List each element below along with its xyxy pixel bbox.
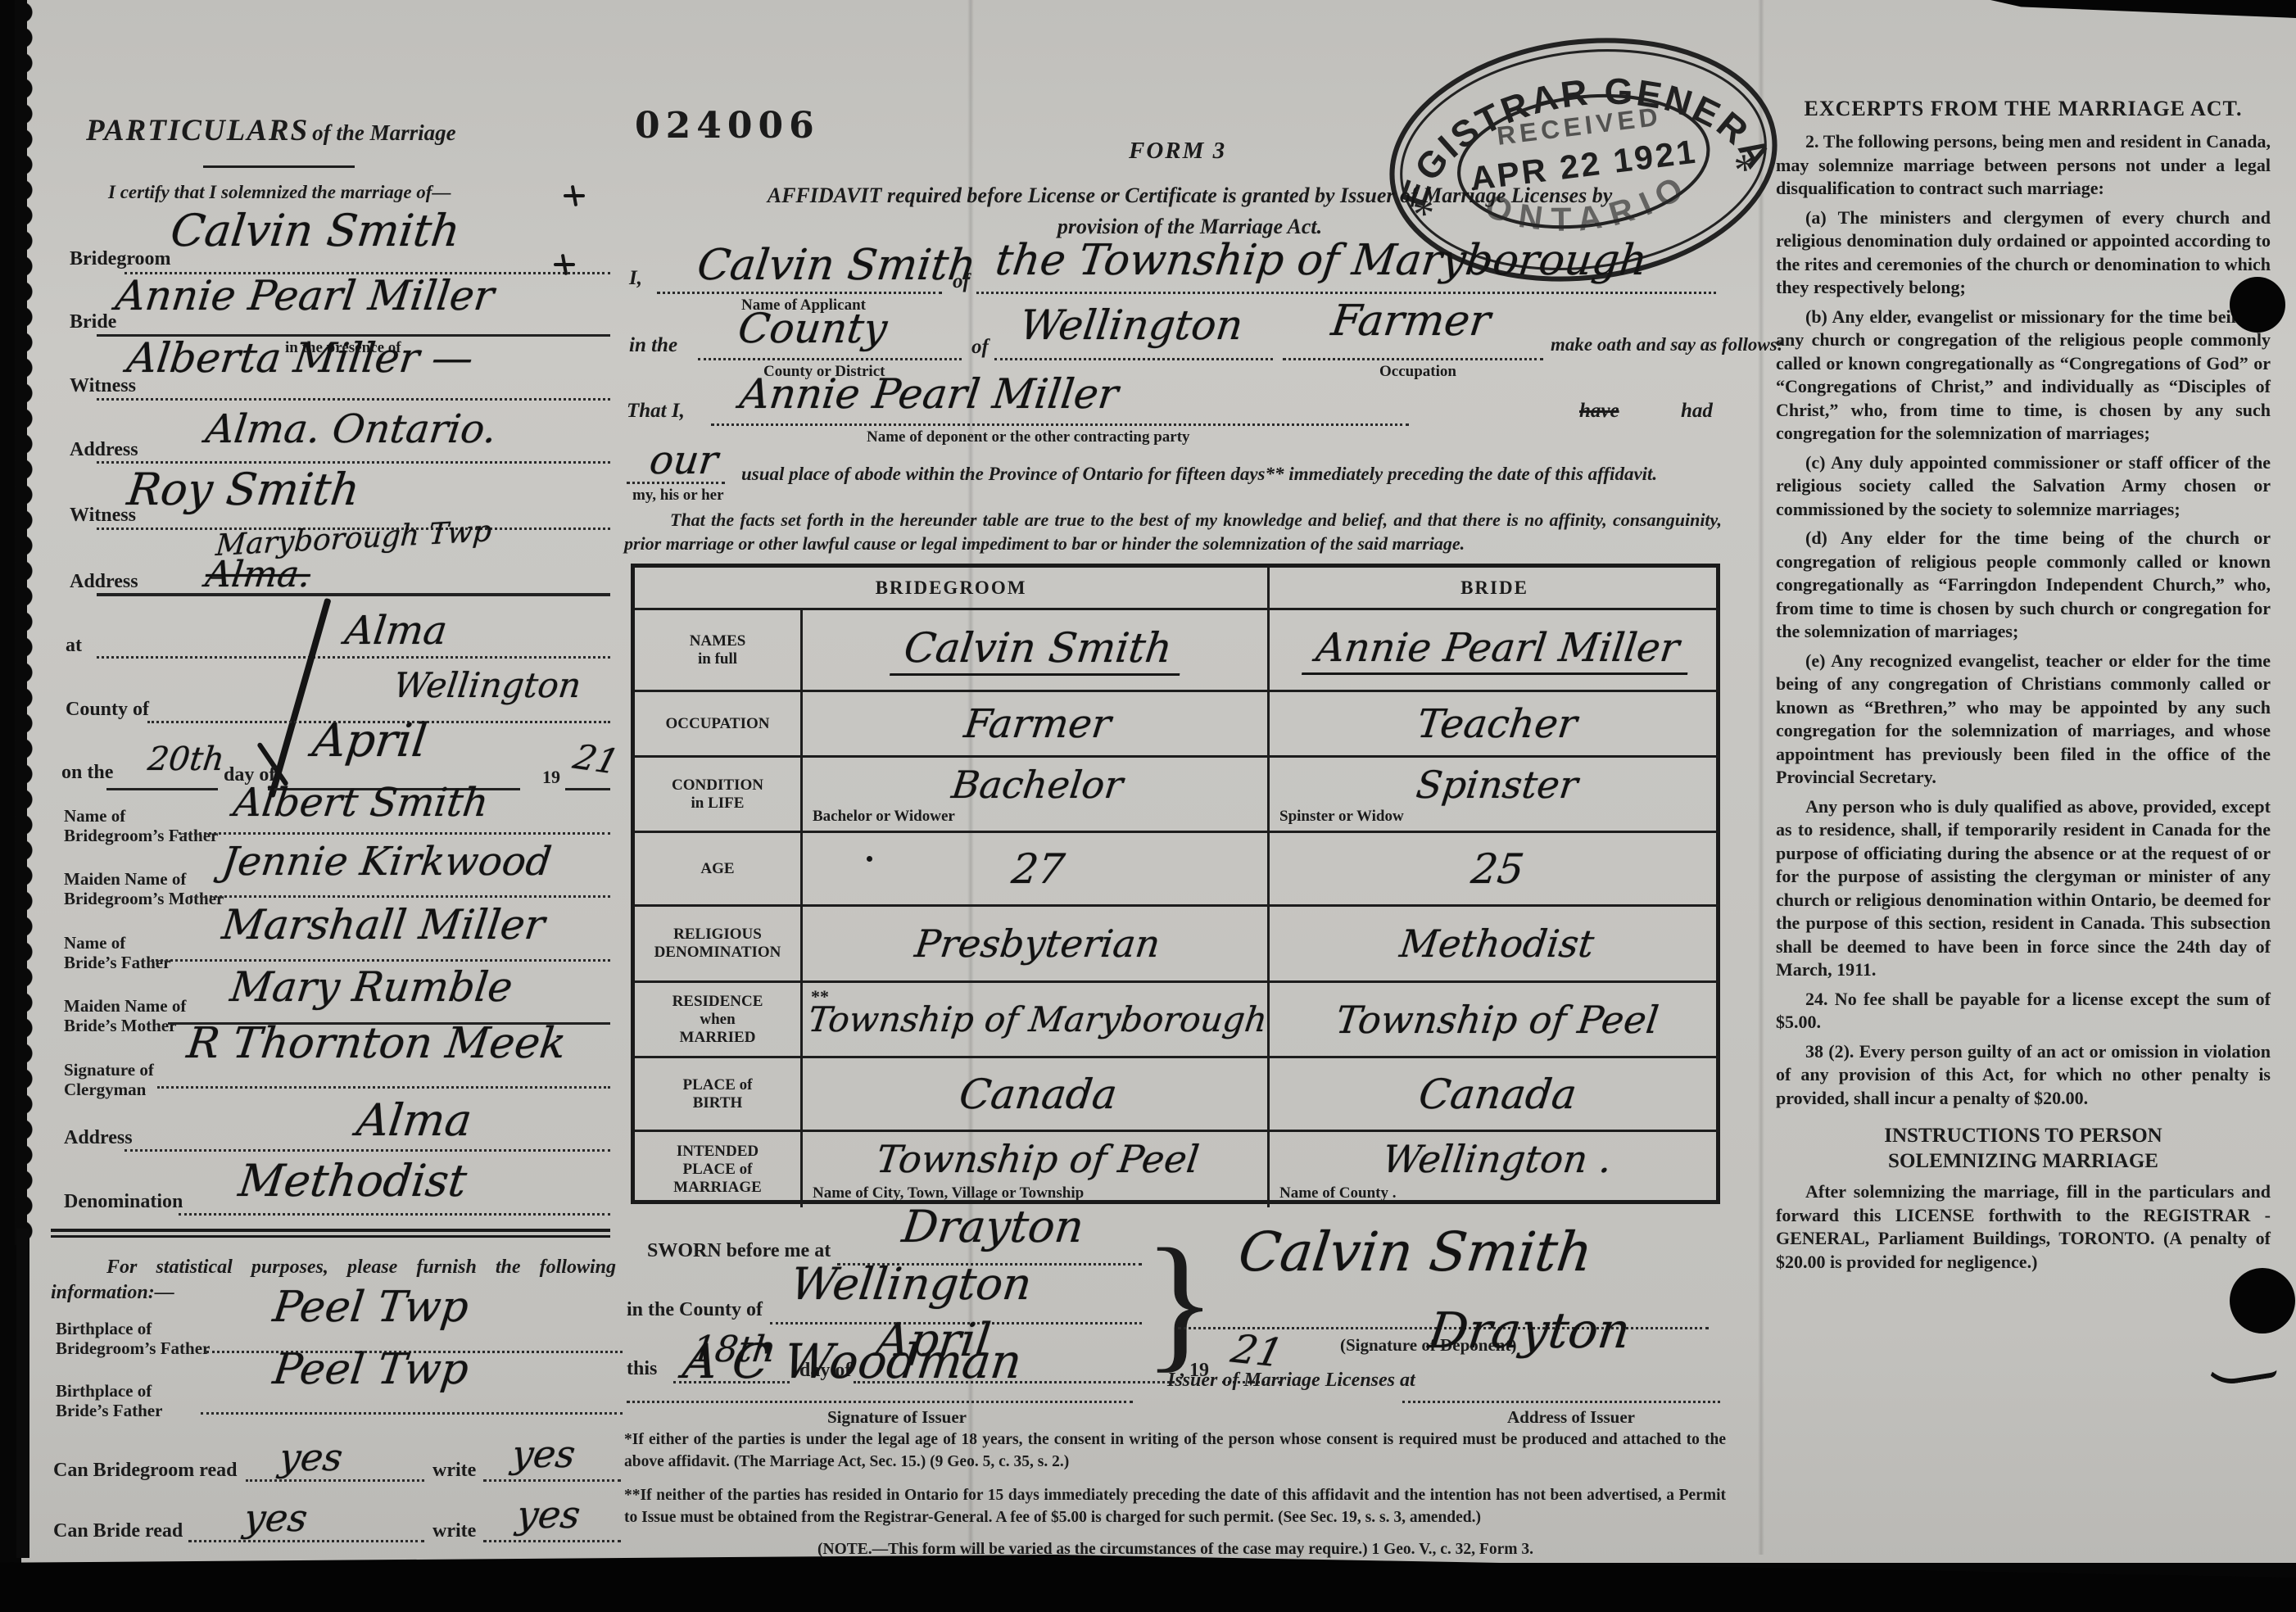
sworn-this-label: this: [627, 1358, 657, 1379]
field-label-can-bride-read: Can Bride read: [53, 1520, 183, 1542]
particulars-title: PARTICULARS of the Marriage: [86, 113, 456, 148]
groom-condition-sublabel: Bachelor or Widower: [813, 808, 955, 826]
bride-father-line: [152, 959, 610, 962]
issuer-address-value: Drayton: [1425, 1302, 1633, 1360]
groom-age: 27: [1009, 845, 1067, 893]
issuer-at-label: Issuer of Marriage Licenses at: [1167, 1370, 1415, 1392]
address3-line: [125, 1149, 610, 1152]
excerpt-paragraph: (a) The ministers and clergymen of every…: [1776, 206, 2271, 300]
row-label-occupation: OCCUPATION: [635, 692, 803, 758]
address1-value: Alma. Ontario.: [203, 406, 499, 452]
groom-father-line: [179, 832, 610, 835]
bride-mother-value: Mary Rumble: [228, 963, 515, 1011]
stat-bride-father-value: Peel Twp: [270, 1345, 471, 1394]
groom-name: Calvin Smith: [890, 624, 1186, 676]
punch-hole: [2230, 1268, 2295, 1334]
year-printed: 19: [542, 767, 560, 788]
form-number: FORM 3: [1129, 138, 1226, 165]
bride-value: Annie Pearl Miller: [113, 272, 496, 319]
bride-intended-sublabel: Name of County .: [1279, 1184, 1397, 1202]
deponent-line: [711, 423, 1409, 426]
row-label-birthplace: PLACE of BIRTH: [635, 1058, 803, 1132]
witness1-line: [97, 398, 610, 401]
have-word-struck: have: [1579, 400, 1619, 423]
excerpts-title: EXCERPTS FROM THE MARRIAGE ACT.: [1776, 95, 2271, 122]
cell-bride-intended: Wellington . Name of County .: [1270, 1132, 1719, 1207]
cell-groom-names: Calvin Smith: [803, 610, 1270, 692]
cell-bride-condition: Spinster Spinster or Widow: [1270, 758, 1719, 833]
particulars-title-main: PARTICULARS: [86, 114, 309, 147]
at-value: Alma: [342, 608, 450, 654]
cell-bride-religion: Methodist: [1270, 907, 1719, 983]
cell-groom-condition: Bachelor Bachelor or Widower: [803, 758, 1270, 833]
county-line-2: [994, 358, 1273, 360]
bride-name: Annie Pearl Miller: [1302, 625, 1693, 675]
excerpt-paragraph: 2. The following persons, being men and …: [1776, 130, 2271, 201]
issuer-signature-line: [627, 1401, 1133, 1403]
occupation-sublabel: Occupation: [1379, 363, 1456, 381]
witness1-value: Alberta Miller —: [125, 334, 476, 382]
groom-birthplace: Canada: [957, 1071, 1120, 1118]
groom-condition: Bachelor: [949, 763, 1125, 807]
excerpt-paragraph: Any person who is duly qualified as abov…: [1776, 795, 2271, 982]
row-label-age: AGE: [635, 833, 803, 907]
field-label-address2: Address: [70, 571, 138, 592]
field-label-bride-mother: Maiden Name of Bride’s Mother: [64, 996, 186, 1035]
field-label-clergyman: Signature of Clergyman: [64, 1060, 154, 1099]
cell-groom-age: 27: [803, 833, 1270, 907]
field-label-stat-bride-father: Birthplace of Bride’s Father: [56, 1381, 162, 1420]
table-header-bride: BRIDE: [1270, 568, 1719, 610]
abode-line: [976, 292, 1716, 294]
deponent-sublabel: Name of deponent or the other contractin…: [867, 428, 1190, 446]
stat-groom-father-value: Peel Twp: [270, 1283, 471, 1332]
stat-bride-father-line: [201, 1412, 623, 1415]
sworn-place-value: Drayton: [899, 1201, 1087, 1252]
cell-groom-residence: ** Township of Maryborough: [803, 983, 1270, 1058]
field-label-at: at: [66, 635, 82, 656]
write-label: write: [432, 1460, 476, 1481]
bride-condition-sublabel: Spinster or Widow: [1279, 808, 1404, 826]
field-label-bridegroom: Bridegroom: [70, 248, 171, 269]
groom-intended-sublabel: Name of City, Town, Village or Township: [813, 1184, 1084, 1202]
registrar-general-stamp: REGISTRAR GENERAL RECEIVED APR 22 1921 O…: [1369, 11, 1798, 308]
groom-mother-value: Jennie Kirkwood: [220, 839, 554, 885]
deponent-name: Annie Pearl Miller: [737, 370, 1121, 418]
county-word-value: County: [736, 305, 890, 352]
bride-write-line: [483, 1540, 621, 1542]
groom-religion: Presbyterian: [913, 921, 1162, 966]
bride-condition: Spinster: [1414, 763, 1580, 807]
punch-hole: [2230, 277, 2285, 333]
cell-groom-occupation: Farmer: [803, 692, 1270, 758]
field-label-address1: Address: [70, 439, 138, 460]
issuer-signature: A C Woodman: [680, 1334, 1025, 1389]
field-label-denomination: Denomination: [64, 1191, 183, 1212]
cell-groom-intended: Township of Peel Name of City, Town, Vil…: [803, 1132, 1270, 1207]
torn-left-edge: [15, 0, 43, 1245]
certify-line: I certify that I solemnized the marriage…: [108, 182, 451, 203]
bride-read-value: yes: [242, 1496, 310, 1540]
excerpt-paragraph: 38 (2). Every person guilty of an act or…: [1776, 1040, 2271, 1111]
occupation-line: [1283, 358, 1543, 360]
date-month-value: April: [310, 714, 430, 768]
groom-occupation: Farmer: [962, 701, 1113, 747]
bride-read-line: [188, 1540, 424, 1542]
field-label-groom-father: Name of Bridegroom’s Father: [64, 806, 218, 845]
row-label-residence: RESIDENCE when MARRIED: [635, 983, 803, 1058]
cell-bride-birthplace: Canada: [1270, 1058, 1719, 1132]
groom-read-line: [246, 1479, 424, 1482]
row-label-intended-place: INTENDED PLACE of MARRIAGE: [635, 1132, 803, 1207]
groom-residence: Township of Maryborough: [806, 999, 1270, 1039]
instructions-title: INSTRUCTIONS TO PERSON SOLEMNIZING MARRI…: [1776, 1123, 2271, 1174]
cell-groom-religion: Presbyterian: [803, 907, 1270, 983]
excerpt-paragraph: (e) Any recognized evangelist, teacher o…: [1776, 650, 2271, 790]
ink-dot: [867, 856, 872, 862]
cell-bride-age: 25: [1270, 833, 1719, 907]
row-label-names: NAMES in full: [635, 610, 803, 692]
issuer-address-line: [1402, 1401, 1720, 1403]
denomination-value: Methodist: [236, 1155, 469, 1207]
bride-birthplace: Canada: [1416, 1071, 1579, 1118]
cell-bride-occupation: Teacher: [1270, 692, 1719, 758]
excerpt-paragraph: (c) Any duly appointed commissioner or s…: [1776, 451, 2271, 522]
footnote-2: **If neither of the parties has resided …: [624, 1484, 1726, 1528]
oath-label: make oath and say as follows:: [1551, 334, 1783, 355]
field-label-bride-father: Name of Bride’s Father: [64, 933, 170, 972]
denomination-line: [179, 1213, 610, 1216]
instructions-body: After solemnizing the marriage, fill in …: [1776, 1180, 2271, 1274]
divider-rule: [51, 1235, 610, 1238]
field-label-stat-groom-father: Birthplace of Bridegroom’s Father: [56, 1319, 210, 1358]
bride-religion: Methodist: [1397, 921, 1596, 966]
table-header-bridegroom: BRIDEGROOM: [635, 568, 1270, 610]
facts-paragraph: That the facts set forth in the hereunde…: [624, 508, 1722, 555]
bride-father-value: Marshall Miller: [220, 901, 547, 949]
date-year-line: [565, 788, 610, 790]
witness2-value: Roy Smith: [125, 464, 363, 515]
field-label-county: County of: [66, 699, 149, 720]
groom-mother-line: [190, 895, 610, 898]
cell-bride-residence: Township of Peel: [1270, 983, 1719, 1058]
county-value: Wellington: [392, 665, 583, 705]
divider-rule: [51, 1229, 610, 1232]
bride-intended-county: Wellington .: [1380, 1137, 1614, 1181]
field-label-can-groom-read: Can Bridegroom read: [53, 1460, 237, 1481]
sworn-county-value: Wellington: [788, 1258, 1035, 1310]
clergyman-signature: R Thornton Meek: [184, 1019, 568, 1068]
row-label-religion: RELIGIOUS DENOMINATION: [635, 907, 803, 983]
field-label-bride: Bride: [70, 311, 116, 333]
cell-groom-birthplace: Canada: [803, 1058, 1270, 1132]
of-label-2: of: [971, 336, 989, 359]
in-the-label: in the: [629, 334, 677, 357]
i-label: I,: [629, 267, 642, 290]
field-label-groom-mother: Maiden Name of Bridegroom’s Mother: [64, 869, 224, 908]
torn-left-edge-lower: [16, 1229, 29, 1558]
issuer-signature-sublabel: Signature of Issuer: [827, 1407, 967, 1428]
groom-write-value: yes: [509, 1432, 577, 1476]
applicant-line: [657, 292, 942, 294]
address3-value: Alma: [354, 1094, 474, 1146]
had-word: had: [1681, 400, 1713, 423]
excerpts-column: EXCERPTS FROM THE MARRIAGE ACT. 2. The f…: [1776, 95, 2271, 1274]
excerpt-paragraph: (d) Any elder for the time being of the …: [1776, 527, 2271, 644]
bride-occupation: Teacher: [1415, 701, 1579, 747]
groom-read-value: yes: [277, 1435, 345, 1479]
groom-intended-place: Township of Peel: [874, 1137, 1202, 1181]
bride-write-value: yes: [514, 1492, 582, 1537]
serial-number: 024006: [635, 105, 820, 147]
abode-text: usual place of abode within the Province…: [741, 464, 1657, 485]
marriage-affidavit-scan: PARTICULARS of the Marriage I certify th…: [0, 0, 2296, 1612]
bride-residence: Township of Peel: [1334, 998, 1661, 1042]
particulars-title-rest: of the Marriage: [312, 120, 456, 145]
scan-edge-bottom: [0, 1555, 2296, 1612]
that-i-label: That I,: [627, 400, 685, 423]
title-underline: [203, 165, 355, 168]
bridegroom-bride-table: BRIDEGROOM BRIDE NAMES in full Calvin Sm…: [631, 564, 1720, 1204]
bride-age: 25: [1469, 845, 1527, 893]
write-label: write: [432, 1520, 476, 1542]
pen-check-mark: [554, 256, 575, 277]
clergyman-line: [157, 1086, 610, 1089]
field-label-address3: Address: [64, 1127, 133, 1148]
groom-father-value: Albert Smith: [231, 780, 491, 826]
county-word-line: [698, 358, 962, 360]
field-label-on-the: on the: [61, 762, 113, 783]
our-sublabel: my, his or her: [632, 487, 724, 505]
applicant-name: Calvin Smith: [695, 241, 979, 290]
date-day-value: 20th: [146, 740, 226, 778]
address2-line: [97, 593, 610, 596]
address2-value-struck: Alma.: [203, 554, 313, 595]
of-label: of: [953, 270, 970, 293]
at-line: [97, 656, 610, 659]
pen-check-mark: [564, 187, 585, 208]
deponent-signature: Calvin Smith: [1235, 1220, 1596, 1284]
date-day-line: [106, 788, 218, 790]
excerpt-paragraph: (b) Any elder, evangelist or missionary …: [1776, 306, 2271, 446]
row-label-condition: CONDITION in LIFE: [635, 758, 803, 833]
sworn-brace: }: [1143, 1220, 1216, 1384]
issuer-address-sublabel: Address of Issuer: [1507, 1407, 1635, 1428]
cell-bride-names: Annie Pearl Miller: [1270, 610, 1719, 692]
our-value: our: [647, 437, 721, 483]
footnote-1: *If either of the parties is under the l…: [624, 1429, 1726, 1473]
county-value-2: Wellington: [1017, 301, 1246, 349]
excerpt-paragraph: 24. No fee shall be payable for a licens…: [1776, 988, 2271, 1035]
sworn-county-label: in the County of: [627, 1299, 763, 1320]
bridegroom-value: Calvin Smith: [168, 205, 463, 256]
groom-write-line: [483, 1479, 621, 1482]
